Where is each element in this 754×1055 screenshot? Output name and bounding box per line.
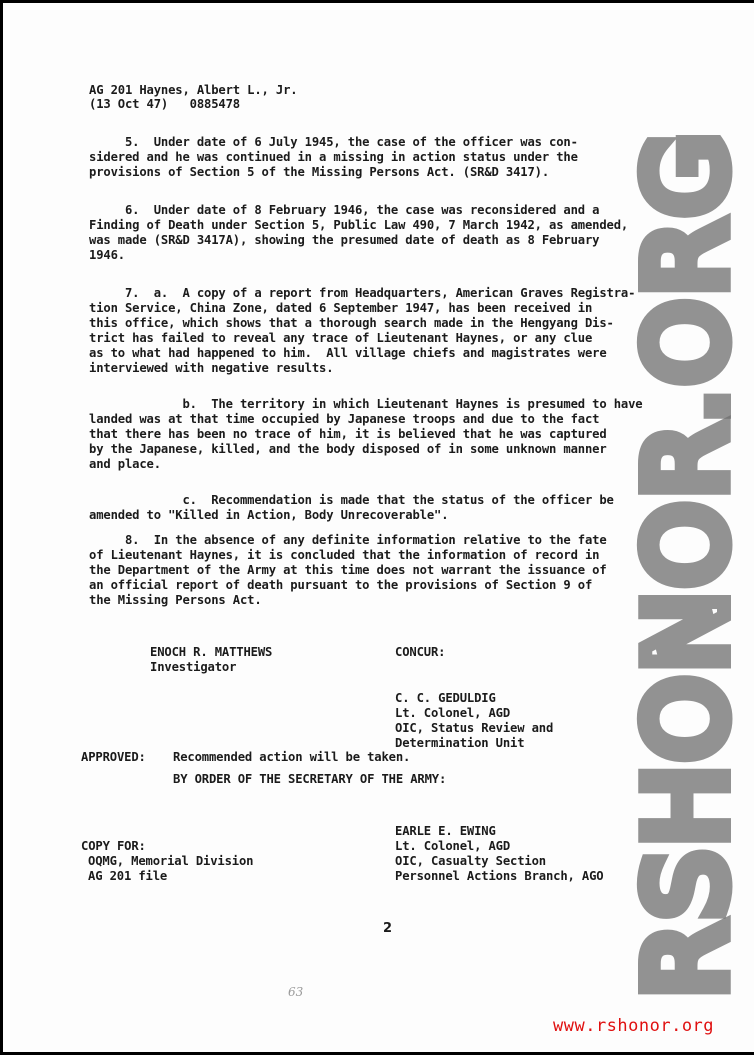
list-item: AG 201 file [88, 869, 167, 884]
text-line: C. C. GEDULDIG [395, 691, 496, 706]
text-line: OIC, Status Review and [395, 721, 553, 736]
text-line: was made (SR&D 3417A), showing the presu… [89, 233, 599, 248]
file-reference: AG 201 Haynes, Albert L., Jr. [89, 83, 297, 98]
text-line: landed was at that time occupied by Japa… [89, 412, 599, 427]
text-line: that there has been no trace of him, it … [89, 427, 607, 442]
website-url: www.rshonor.org [553, 1016, 714, 1036]
text-line: of Lieutenant Haynes, it is concluded th… [89, 548, 599, 563]
text-line: interviewed with negative results. [89, 361, 333, 376]
page-number: 2 [383, 921, 392, 936]
by-order-line: BY ORDER OF THE SECRETARY OF THE ARMY: [173, 772, 446, 787]
text-line: b. The territory in which Lieutenant Hay… [89, 397, 642, 412]
text-line: 8. In the absence of any definite inform… [89, 533, 607, 548]
text-line: OIC, Casualty Section [395, 854, 546, 869]
text-line: trict has failed to reveal any trace of … [89, 331, 592, 346]
rshonor-watermark: RSHONOR.ORG [648, 129, 728, 998]
text-line: 7. a. A copy of a report from Headquarte… [89, 286, 635, 301]
text-line: c. Recommendation is made that the statu… [89, 493, 614, 508]
text-line: Finding of Death under Section 5, Public… [89, 218, 628, 233]
text-line: Lt. Colonel, AGD [395, 839, 510, 854]
text-line: sidered and he was continued in a missin… [89, 150, 578, 165]
text-line: an official report of death pursuant to … [89, 578, 592, 593]
text-line: the Department of the Army at this time … [89, 563, 607, 578]
list-item: OQMG, Memorial Division [88, 854, 253, 869]
concur-label: CONCUR: [395, 645, 445, 660]
text-line: Lt. Colonel, AGD [395, 706, 510, 721]
text-line: Personnel Actions Branch, AGO [395, 869, 603, 884]
text-line: the Missing Persons Act. [89, 593, 262, 608]
text-line: Determination Unit [395, 736, 524, 751]
text-line: provisions of Section 5 of the Missing P… [89, 165, 549, 180]
text-line: as to what had happened to him. All vill… [89, 346, 607, 361]
text-line: 6. Under date of 8 February 1946, the ca… [89, 203, 599, 218]
approved-text: Recommended action will be taken. [173, 750, 410, 765]
text-line: amended to "Killed in Action, Body Unrec… [89, 508, 448, 523]
document-page: AG 201 Haynes, Albert L., Jr. (13 Oct 47… [0, 0, 754, 1055]
text-line: 1946. [89, 248, 125, 263]
text-line: tion Service, China Zone, dated 6 Septem… [89, 301, 592, 316]
investigator-name: ENOCH R. MATTHEWS [150, 645, 272, 660]
investigator-title: Investigator [150, 660, 236, 675]
copy-for-label: COPY FOR: [81, 839, 146, 854]
text-line: and place. [89, 457, 161, 472]
approved-label: APPROVED: [81, 750, 146, 765]
text-line: 5. Under date of 6 July 1945, the case o… [89, 135, 578, 150]
text-line: EARLE E. EWING [395, 824, 496, 839]
text-line: this office, which shows that a thorough… [89, 316, 614, 331]
handwritten-note: 63 [288, 985, 303, 999]
file-date-serial: (13 Oct 47) 0885478 [89, 97, 240, 112]
text-line: by the Japanese, killed, and the body di… [89, 442, 607, 457]
